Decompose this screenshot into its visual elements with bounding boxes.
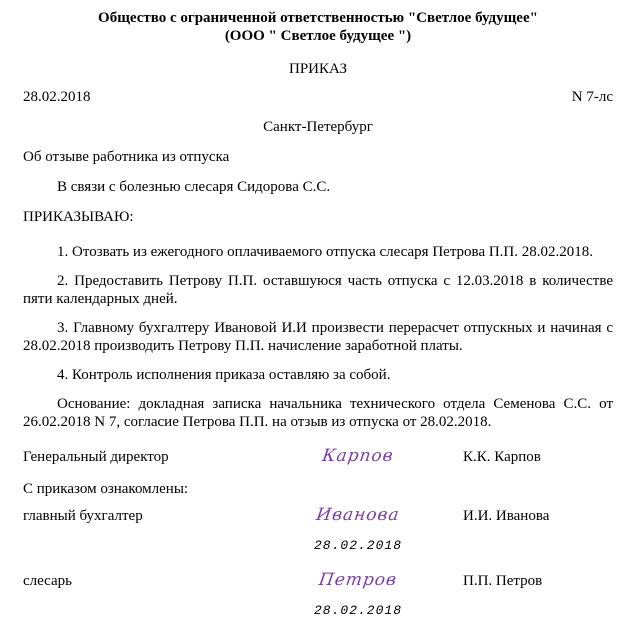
acknowledgement-heading: С приказом ознакомлены: [23, 480, 613, 498]
locksmith-title: слесарь [23, 572, 273, 590]
document-page: Общество с ограниченной ответственностью… [0, 0, 636, 627]
order-item-2: 2. Предоставить Петрову П.П. оставшуюся … [23, 272, 613, 308]
order-item-4: 4. Контроль исполнения приказа оставляю … [23, 366, 613, 384]
locksmith-signature-date: 28.02.2018 [273, 602, 443, 620]
director-name: К.К. Карпов [443, 448, 613, 466]
doc-subject: Об отзыве работника из отпуска [23, 148, 613, 166]
order-item-1: 1. Отозвать из ежегодного оплачиваемого … [23, 243, 613, 261]
locksmith-handwritten-signature: Петров [272, 571, 445, 589]
director-handwritten-signature: Карпов [272, 447, 445, 465]
doc-city: Санкт-Петербург [23, 118, 613, 136]
locksmith-name: П.П. Петров [443, 572, 613, 590]
doc-date: 28.02.2018 [23, 88, 91, 106]
accountant-signature-row: главный бухгалтер Иванова И.И. Иванова [23, 506, 613, 525]
preamble-paragraph: В связи с болезнью слесаря Сидорова С.С. [23, 178, 613, 196]
org-name-full: Общество с ограниченной ответственностью… [23, 9, 613, 27]
date-number-row: 28.02.2018 N 7-лс [23, 88, 613, 106]
director-title: Генеральный директор [23, 448, 273, 466]
accountant-handwritten-signature: Иванова [272, 506, 445, 524]
doc-number: N 7-лс [572, 88, 613, 106]
org-header: Общество с ограниченной ответственностью… [23, 9, 613, 45]
director-signature-row: Генеральный директор Карпов К.К. Карпов [23, 447, 613, 466]
basis-paragraph: Основание: докладная записка начальника … [23, 395, 613, 431]
accountant-name: И.И. Иванова [443, 507, 613, 525]
accountant-signature-date: 28.02.2018 [273, 537, 443, 555]
doc-type-title: ПРИКАЗ [23, 60, 613, 78]
accountant-title: главный бухгалтер [23, 507, 273, 525]
locksmith-signature-row: слесарь Петров П.П. Петров [23, 571, 613, 590]
org-name-short: (ООО " Светлое будущее ") [23, 27, 613, 45]
order-item-3: 3. Главному бухгалтеру Ивановой И.И прои… [23, 319, 613, 355]
order-word: ПРИКАЗЫВАЮ: [23, 208, 613, 226]
